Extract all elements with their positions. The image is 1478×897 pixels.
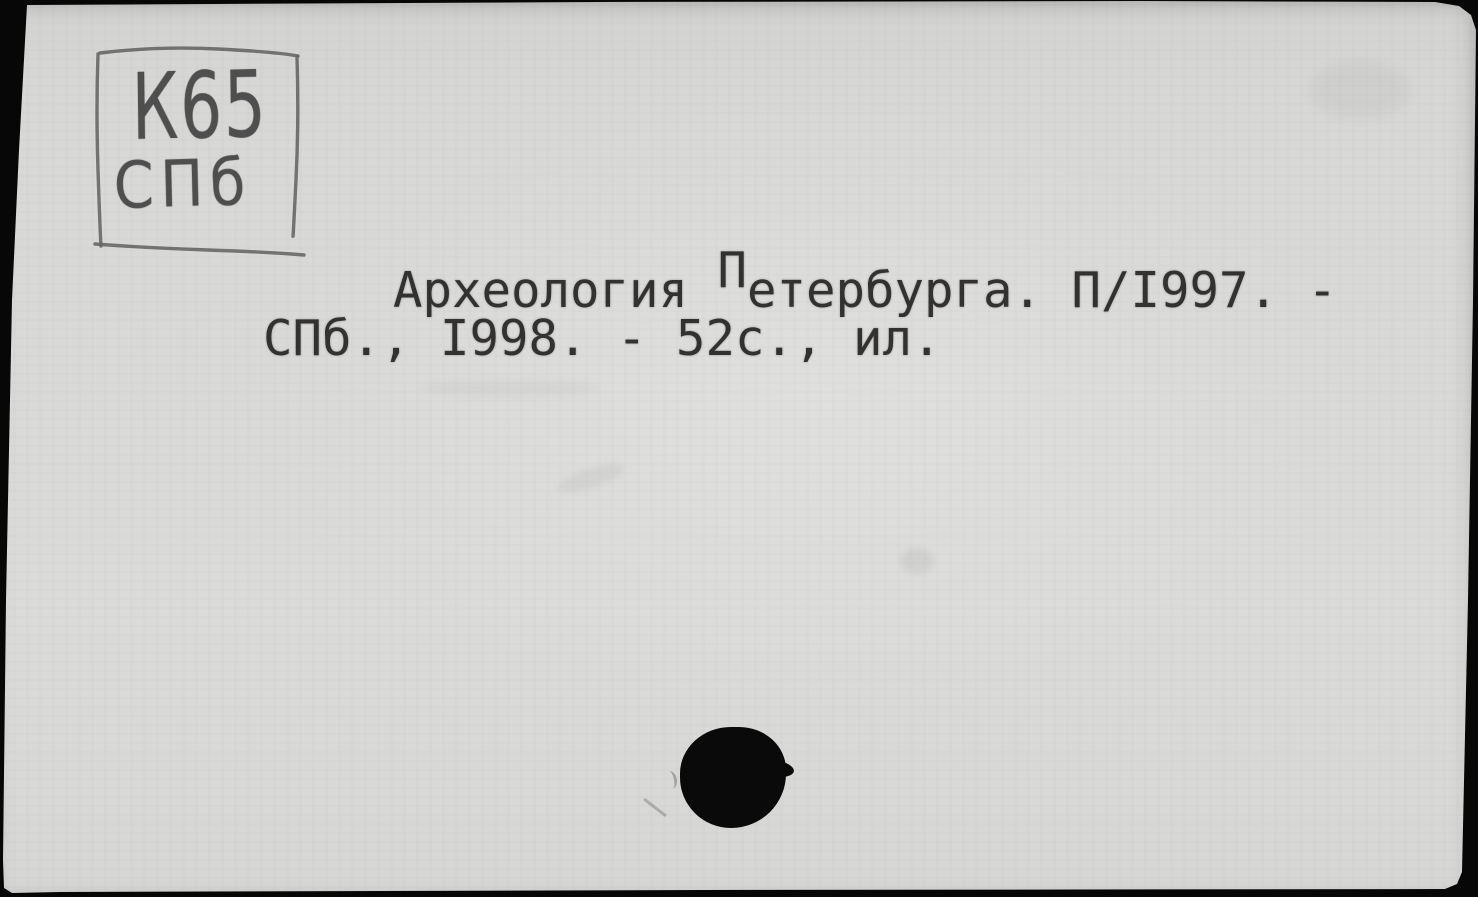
box-left-stroke xyxy=(97,54,101,246)
classification-city: СПб xyxy=(113,151,252,219)
entry-line-2: СПб., I998. - 52с., ил. xyxy=(263,314,942,363)
scan-smudge xyxy=(555,458,628,499)
entry-raised-letter: П xyxy=(718,242,748,299)
ink-blot xyxy=(680,727,786,828)
scan-smudge xyxy=(900,548,934,574)
catalog-card: К65 СПб Археология Петербурга. П/I997. -… xyxy=(0,0,1478,897)
scratch-mark xyxy=(643,798,667,818)
entry-line-1: Археология Петербурга. П/I997. - xyxy=(393,266,1337,315)
scan-smudge xyxy=(420,380,600,396)
box-right-stroke xyxy=(293,57,298,236)
classification-code: К65 xyxy=(131,59,268,154)
box-bottom-stroke xyxy=(95,244,304,255)
scanned-catalog-card-page: К65 СПб Археология Петербурга. П/I997. -… xyxy=(0,0,1478,897)
scan-smudge xyxy=(1310,62,1410,118)
